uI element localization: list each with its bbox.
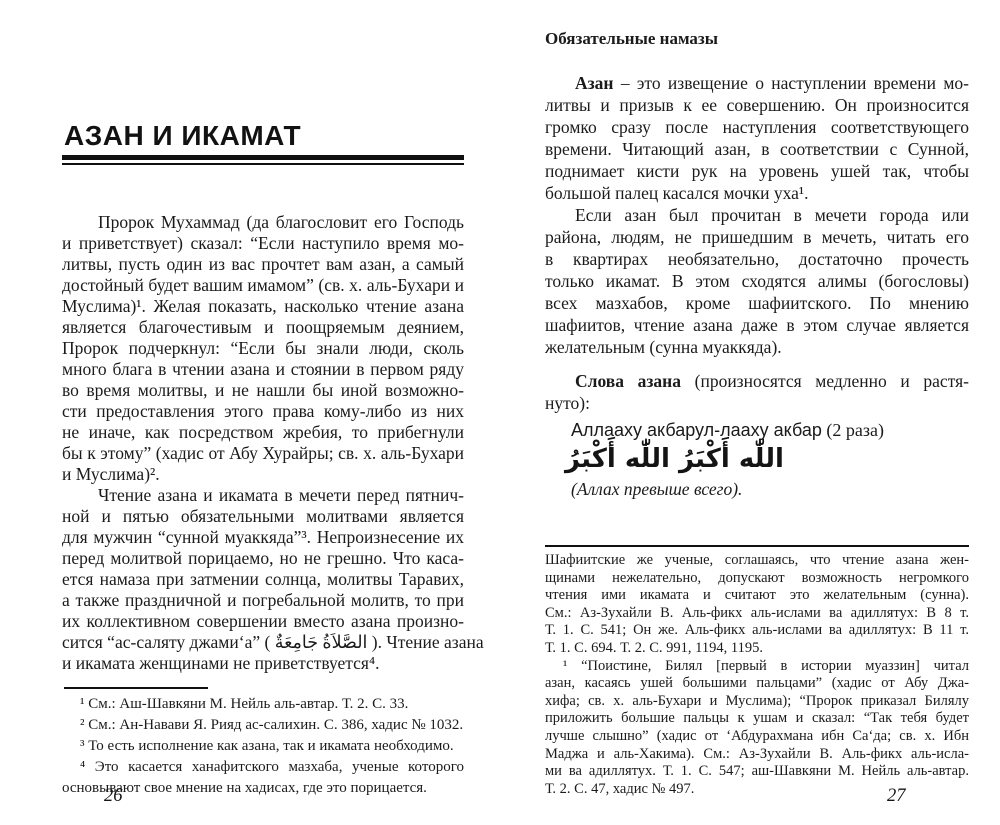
text-line: литвы, пусть один из вас прочтет вам аза… [62, 254, 464, 275]
text-line: ⁴ Это касается ханафитского мазхаба, уче… [62, 757, 464, 778]
text-line: громко сразу после наступления соответст… [545, 116, 969, 138]
text-line: во время молитвы, и не нашли бы иной воз… [62, 380, 464, 401]
text-line: всех мазхабов, кроме шафиитского. По мне… [545, 292, 969, 314]
text-line: хифа; св. х. аль-Бухари и Муслима); “Про… [545, 693, 969, 711]
text-line: а также праздничной и погребальной молит… [62, 590, 464, 611]
text-line: Пророк подчеркнул: “Если бы знали люди, … [62, 338, 464, 359]
text-line: времени. Читающий азан, в соответствии с… [545, 138, 969, 160]
right-footnotes: Шафиитские же ученые, соглашаясь, что чт… [545, 552, 969, 798]
text-line: сится “ас-саляту джами‘а” ( الصَّلاَةُ ج… [62, 632, 464, 653]
paragraph: Чтение азана и икамата в мечети перед пя… [62, 485, 464, 674]
title-rule-thick [62, 155, 464, 160]
text-line: района, людям, не пришедшим в мечеть, чи… [545, 226, 969, 248]
text-line: их коллективном совершении вместо азана … [62, 611, 464, 632]
footnote-continuation: Шафиитские же ученые, соглашаясь, что чт… [545, 552, 969, 658]
paragraph: Азан – это извещение о наступлении време… [545, 72, 969, 204]
text-line: достойный будет вашим имамом” (св. х. ал… [62, 275, 464, 296]
text-line: и Муслима)². [62, 464, 464, 485]
running-header: Обязательные намазы [545, 29, 718, 49]
footnote: ² См.: Ан-Навави Я. Рияд ас-салихин. С. … [62, 715, 464, 736]
footnote: ¹ См.: Аш-Шавкяни М. Нейль аль-автар. Т.… [62, 694, 464, 715]
text-line: Т. 1. С. 541; Он же. Аль-фикх аль-ислами… [545, 622, 969, 640]
text-line: большой палец касался мочки уха¹. [545, 182, 969, 204]
book-spread-scan: { "meta": { "background_color": "#ffffff… [0, 0, 1000, 825]
text-line: См.: Аз-Зухайли В. Аль-фикх аль-ислами в… [545, 605, 969, 623]
text-line: в квартирах необязательно, достаточно пр… [545, 248, 969, 270]
text-line: щинами нежелательно, допускают возможнос… [545, 570, 969, 588]
paragraph: Пророк Мухаммад (да благословит его Госп… [62, 212, 464, 485]
text-line: Т. 1. С. 694. Т. 2. С. 991, 1194, 1195. [545, 640, 969, 658]
text-line: литвы и призыв к ее совершению. Он произ… [545, 94, 969, 116]
text-line: Чтение азана и икамата в мечети перед пя… [62, 485, 464, 506]
transliteration-line: Аллааху акбарул-лааху акбар (2 раза) [545, 418, 969, 442]
left-page: АЗАН И ИКАМАТ Пророк Мухаммад (да благос… [62, 0, 464, 825]
footnote-separator-rule [545, 545, 969, 547]
paragraph: Если азан был прочитан в мечети города и… [545, 204, 969, 358]
footnote-separator-rule [64, 687, 208, 689]
page-number-left: 26 [104, 786, 123, 807]
text-line: приложить большие пальцы к ушам и сказал… [545, 710, 969, 728]
text-line: азан, касаясь ушей большими пальцами” (х… [545, 675, 969, 693]
text-line: много блага в чтении азана и стоянии в п… [62, 359, 464, 380]
text-line: только икамат. В этом сходятся алимы (бо… [545, 270, 969, 292]
text-line: перед молитвой порицаемо, но не грешно. … [62, 548, 464, 569]
text-line: не иначе, как посредством жребия, то при… [62, 422, 464, 443]
text-line: лучше слышно” (хадис от ‘Абдурахмана ибн… [545, 728, 969, 746]
left-page-body: Пророк Мухаммад (да благословит его Госп… [62, 212, 464, 674]
text-line: Шафиитские же ученые, соглашаясь, что чт… [545, 552, 969, 570]
text-line: шафиитов, чтение азана даже в этом случа… [545, 314, 969, 336]
text-line: ми ва адиллятух. Т. 1. С. 547; аш-Шавкян… [545, 763, 969, 781]
text-line: ³ То есть исполнение как азана, так и ик… [62, 736, 464, 757]
paragraph: Слова азана (произносятся медленно и рас… [545, 370, 969, 414]
text-line: Маджа и аль-Хакима). См.: Аз-Зухайли В. … [545, 746, 969, 764]
text-line: желательным (сунна муаккяда). [545, 336, 969, 358]
text-line: нуто): [545, 392, 969, 414]
text-line: ¹ “Поистине, Билял [первый в истории муа… [545, 658, 969, 676]
footnote: ³ То есть исполнение как азана, так и ик… [62, 736, 464, 757]
text-line: сти предоставления этого права кому-либо… [62, 401, 464, 422]
text-line: ной и пятью обязательными молитвами явля… [62, 506, 464, 527]
title-rule-thin [62, 163, 464, 165]
text-line: и икамата женщинами не приветствуется⁴. [62, 653, 464, 674]
repeat-count: (2 раза) [822, 420, 884, 440]
text-line: Азан – это извещение о наступлении време… [545, 72, 969, 94]
page-number-right: 27 [887, 786, 906, 807]
arabic-takbir-text: اللّٰه أَكْبَرُ اللّٰه أَكْبَرُ [545, 442, 969, 476]
left-footnotes: ¹ См.: Аш-Шавкяни М. Нейль аль-автар. Т.… [62, 694, 464, 799]
chapter-title: АЗАН И ИКАМАТ [64, 121, 301, 151]
transliteration-text: Аллааху акбарул-лааху акбар [571, 420, 822, 440]
translation-line: (Аллах превыше всего). [545, 478, 969, 500]
text-line: ется намаза при затмении солнца, молитвы… [62, 569, 464, 590]
text-line: является благочестивым и поощряемым деян… [62, 317, 464, 338]
right-page-body: Азан – это извещение о наступлении време… [545, 72, 969, 500]
footnote: ¹ “Поистине, Билял [первый в истории муа… [545, 658, 969, 799]
text-line: чтения ими икамата и считают это желател… [545, 587, 969, 605]
text-line: ¹ См.: Аш-Шавкяни М. Нейль аль-автар. Т.… [62, 694, 464, 715]
text-line: Пророк Мухаммад (да благословит его Госп… [62, 212, 464, 233]
text-line: Муслима)¹. Желая показать, насколько чте… [62, 296, 464, 317]
text-line: поднимает кисти рук на уровень ушей так,… [545, 160, 969, 182]
text-line: и приветствует) сказал: “Если наступило … [62, 233, 464, 254]
text-line: ² См.: Ан-Навави Я. Рияд ас-салихин. С. … [62, 715, 464, 736]
text-line: Если азан был прочитан в мечети города и… [545, 204, 969, 226]
text-line: Слова азана (произносятся медленно и рас… [545, 370, 969, 392]
right-page: Обязательные намазы Азан – это извещение… [545, 0, 969, 825]
text-line: бы к этому” (хадис от Абу Хурайры; св. х… [62, 443, 464, 464]
text-line: для мужчин “сунной муаккяда”³. Непроизне… [62, 527, 464, 548]
